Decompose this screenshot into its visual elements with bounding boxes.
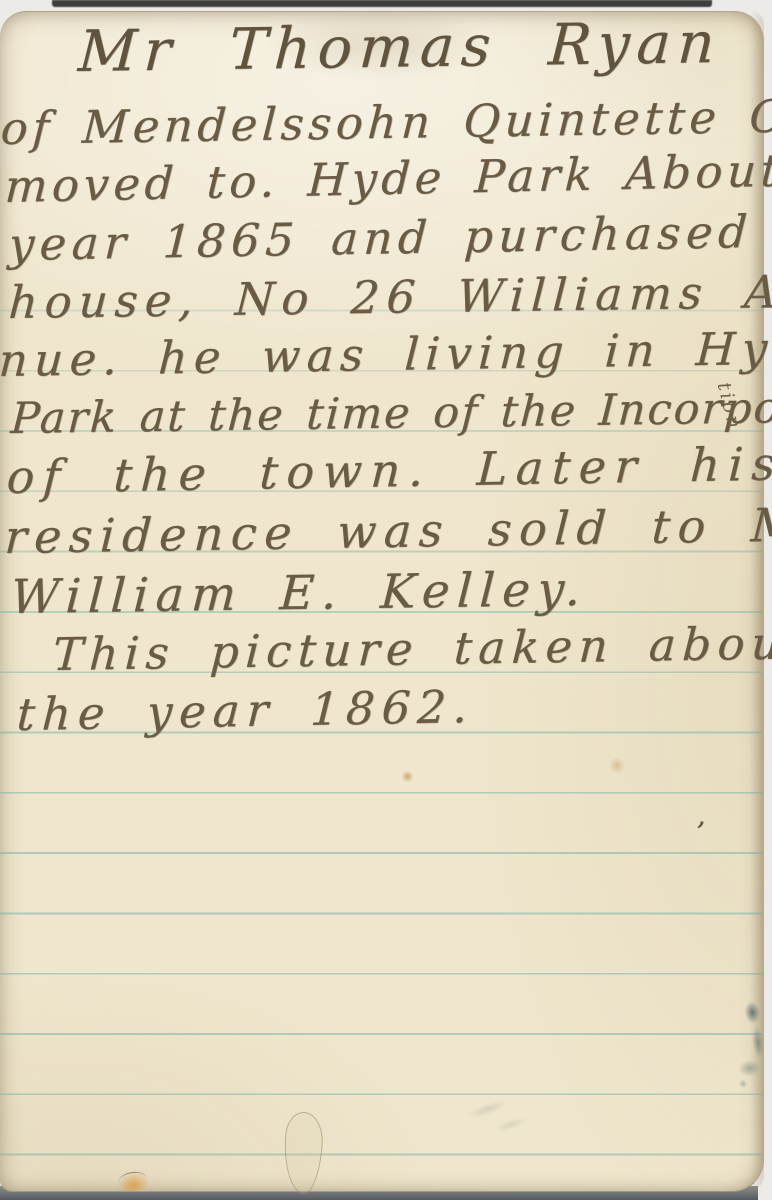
scanned-note-page: Mr Thomas Ryan of Mendelssohn Quintette …: [0, 0, 772, 1200]
handwriting-line: of the town. Later his: [6, 440, 772, 500]
scan-top-edge-strip: [52, 0, 712, 7]
handwriting-line: nue. he was living in Hyde: [0, 325, 772, 383]
handwriting-line: the year 1862.: [16, 684, 476, 737]
handwriting-line: house, No 26 Williams Ave—: [7, 268, 772, 325]
handwriting-line: William E. Kelley.: [9, 566, 589, 621]
handwriting-line: residence was sold to Mr: [4, 501, 772, 560]
handwriting-line: of Mendelssohn Quintette Club: [0, 92, 772, 151]
handwriting-line: This picture taken about: [52, 620, 772, 677]
handwriting-line-title: Mr Thomas Ryan: [77, 15, 723, 81]
handwriting-line: Park at the time of the Incorpora: [10, 387, 772, 441]
handwriting-line: year 1865 and purchased the: [8, 207, 772, 267]
